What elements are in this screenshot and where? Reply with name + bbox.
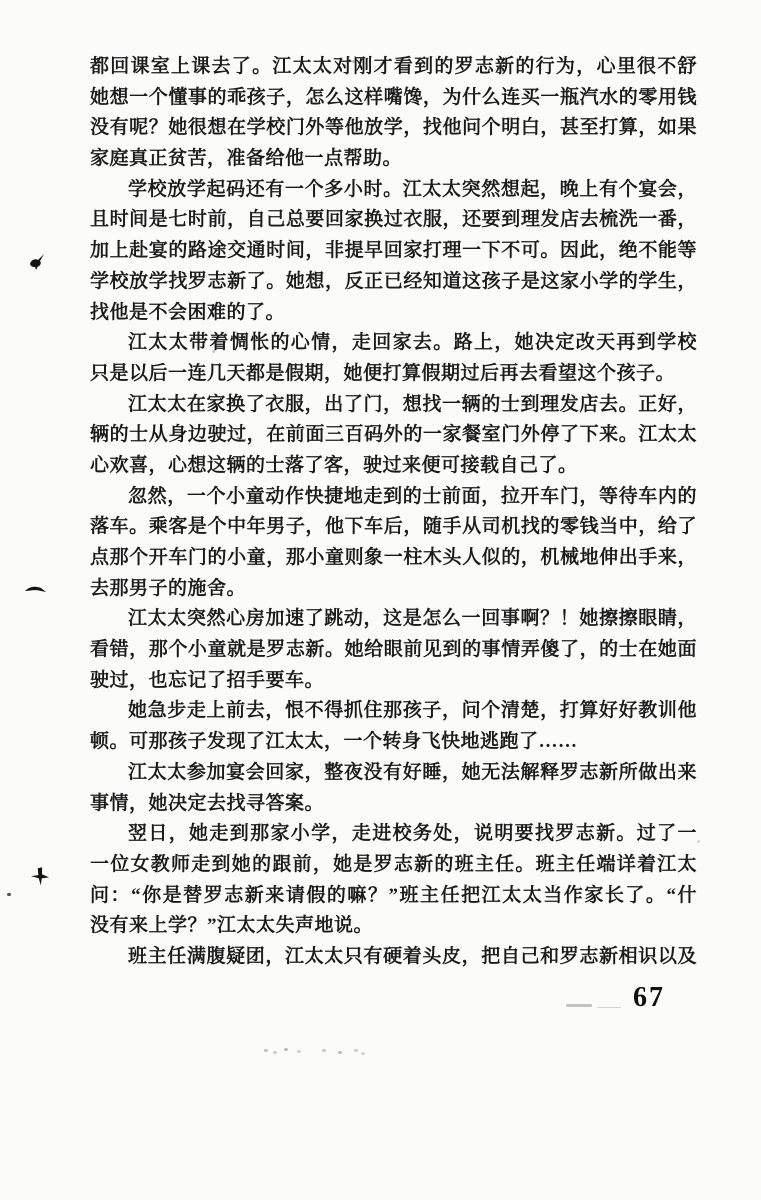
text-line: 驶过，也忘记了招手要车。 xyxy=(90,666,697,697)
ink-star-mark xyxy=(29,866,51,890)
text-line: 学校放学找罗志新了。她想，反正已经知道这孩子是这家小学的学生，要 xyxy=(90,267,697,298)
text-line: 江太太参加宴会回家，整夜没有好睡，她无法解释罗志新所做出来的 xyxy=(90,758,697,789)
text-line: 找他是不会困难的了。 xyxy=(90,298,697,329)
text-line: 只是以后一连几天都是假期，她便打算假期过后再去看望这个孩子。 xyxy=(90,359,697,390)
page-number: 67 xyxy=(633,982,665,1014)
text-line: 事情，她决定去找寻答案。 xyxy=(90,789,697,820)
faint-speck-row-mark xyxy=(264,1049,268,1052)
ink-blot-bird-mark xyxy=(26,252,48,272)
text-line: 一位女教师走到她的跟前，她是罗志新的班主任。班主任端详着江太太， xyxy=(90,850,697,881)
text-line: 点那个开车门的小童，那小童则象一柱木头人似的，机械地伸出手来，取 xyxy=(90,543,697,574)
text-line: 顿。可那孩子发现了江太太，一个转身飞快地逃跑了…… xyxy=(90,727,697,758)
text-line: 去那男子的施舍。 xyxy=(90,574,697,605)
ink-speck-mark xyxy=(7,893,11,896)
scanned-book-page: 都回课室上课去了。江太太对刚才看到的罗志新的行为，心里很不舒服。 她想一个懂事的… xyxy=(0,0,761,1200)
text-line: 落车。乘客是个中年男子，他下车后，随手从司机找的零钱当中，给了一 xyxy=(90,512,697,543)
text-line: 心欢喜，心想这辆的士落了客，驶过来便可接载自己了。 xyxy=(90,451,697,482)
text-line: 没有呢？她很想在学校门外等他放学，找他问个明白，甚至打算，如果他 xyxy=(90,113,697,144)
text-line: 学校放学起码还有一个多小时。江太太突然想起，晚上有个宴会，而 xyxy=(90,175,697,206)
text-line: 江太太突然心房加速了跳动，这是怎么一回事啊？！她擦擦眼睛，没有 xyxy=(90,604,697,635)
text-line: 家庭真正贫苦，准备给他一点帮助。 xyxy=(90,144,697,175)
text-line: 她急步走上前去，恨不得抓住那孩子，问个清楚，打算好好教训他一 xyxy=(90,696,697,727)
ink-stroke-mark xyxy=(24,583,48,595)
text-line: 且时间是七时前，自己总要回家换过衣服，还要到理发店去梳洗一番，再 xyxy=(90,205,697,236)
text-line: 问：“你是替罗志新来请假的嘛？”班主任把江太太当作家长了。“什么？他 xyxy=(90,881,697,912)
text-line: 看错，那个小童就是罗志新。她给眼前见到的事情弄傻了，的士在她面前 xyxy=(90,635,697,666)
story-text: 都回课室上课去了。江太太对刚才看到的罗志新的行为，心里很不舒服。 她想一个懂事的… xyxy=(90,52,697,973)
text-line: 江太太在家换了衣服，出了门，想找一辆的士到理发店去。正好，一 xyxy=(90,390,697,421)
text-line: 辆的士从身边驶过，在前面三百码外的一家餐室门外停了下来。江太太满 xyxy=(90,420,697,451)
text-line: 她想一个懂事的乖孩子，怎么这样嘴馋，为什么连买一瓶汽水的零用钱也 xyxy=(90,83,697,114)
faint-dash-mark xyxy=(566,1004,592,1007)
text-line: 班主任满腹疑团，江太太只有硬着头皮，把自己和罗志新相识以及关 xyxy=(90,942,697,973)
text-line: 忽然，一个小童动作快捷地走到的士前面，拉开车门，等待车内的乘客 xyxy=(90,482,697,513)
text-line: 没有来上学？”江太太失声地说。 xyxy=(90,911,697,942)
text-line: 江太太带着惆怅的心情，走回家去。路上，她决定改天再到学校去。 xyxy=(90,328,697,359)
dust-speckles xyxy=(352,60,355,63)
text-line: 都回课室上课去了。江太太对刚才看到的罗志新的行为，心里很不舒服。 xyxy=(90,52,697,83)
text-line: 加上赴宴的路途交通时间，非提早回家打理一下不可。因此，绝不能等待 xyxy=(90,236,697,267)
text-line: 翌日，她走到那家小学，走进校务处，说明要找罗志新。过了一会， xyxy=(90,819,697,850)
